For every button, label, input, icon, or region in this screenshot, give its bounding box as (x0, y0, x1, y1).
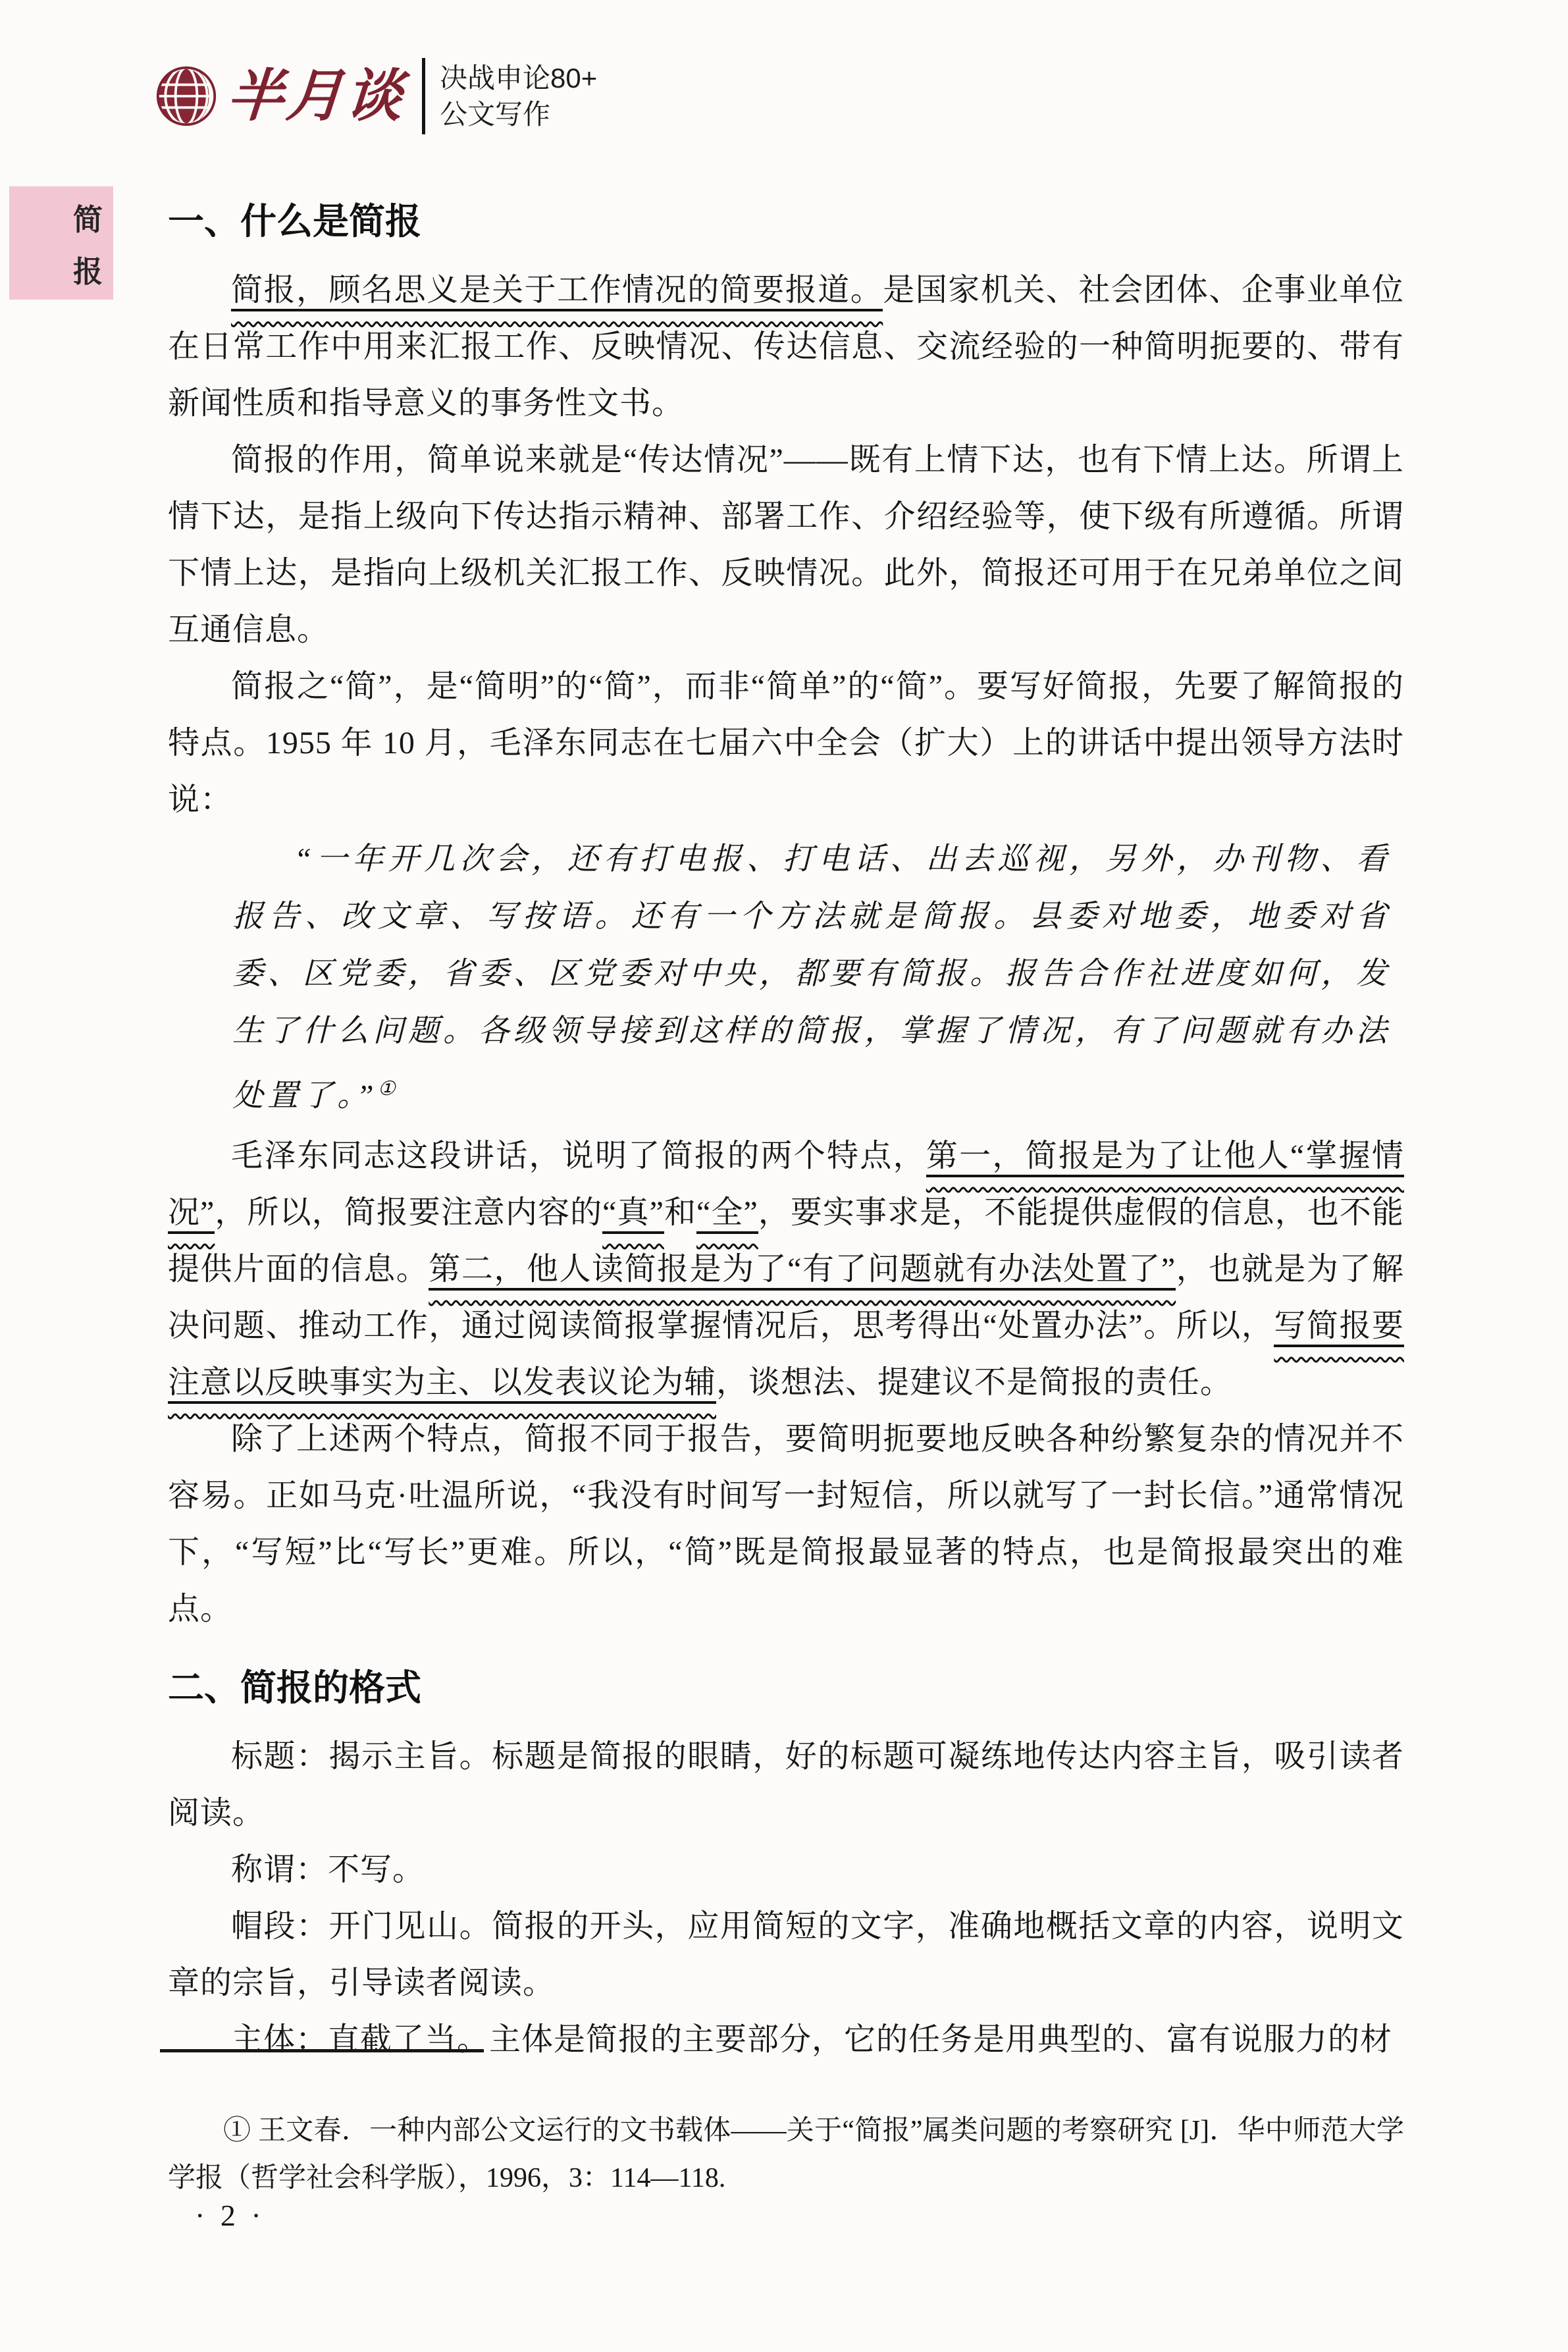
chapter-tab-char-1: 简 (73, 196, 103, 238)
text-run: 帽段：开门见山。简报的开头，应用简短的文字，准确地概括文章的内容，说明文章的宗旨… (168, 1909, 1404, 2000)
emphasized-text: 第二，他人读简报是为了“有了问题就有办法处置了” (429, 1252, 1176, 1291)
text-run: 称谓：不写。 (231, 1852, 425, 1887)
emphasized-text: 简报，顾名思义是关于工作情况的简要报道。 (231, 273, 883, 311)
text-run: 毛泽东同志这段讲话，说明了简报的两个特点， (231, 1138, 926, 1173)
series-title: 决战申论80+ 公文写作 (440, 60, 597, 132)
emphasized-text: “全” (696, 1195, 758, 1234)
paragraph: 除了上述两个特点，简报不同于报告，要简明扼要地反映各种纷繁复杂的情况并不容易。正… (168, 1411, 1404, 1638)
globe-logo-icon (155, 65, 218, 128)
text-run: ，所以，简报要注意内容的 (215, 1195, 602, 1230)
paragraph: 标题：揭示主旨。标题是简报的眼睛，好的标题可凝练地传达内容主旨，吸引读者阅读。 (168, 1728, 1404, 1842)
paragraph: 称谓：不写。 (168, 1842, 1404, 1898)
footnote-text: ① 王文春．一种内部公文运行的文书载体——关于“简报”属类问题的考察研究 [J]… (168, 2107, 1404, 2202)
footnote-ref: ① (378, 1078, 396, 1100)
text-run: 标题：揭示主旨。标题是简报的眼睛，好的标题可凝练地传达内容主旨，吸引读者阅读。 (168, 1739, 1404, 1831)
section-heading: 二、简报的格式 (168, 1664, 1404, 1711)
paragraph: 毛泽东同志这段讲话，说明了简报的两个特点，第一，简报是为了让他人“掌握情况”，所… (168, 1128, 1404, 1411)
paragraph: 主体：直截了当。主体是简报的主要部分，它的任务是用典型的、富有说服力的材 (168, 2012, 1404, 2068)
header-divider (422, 58, 425, 134)
paragraph: 简报之“简”，是“简明”的“简”，而非“简单”的“简”。要写好简报，先要了解简报… (168, 658, 1404, 828)
chapter-tab-char-2: 报 (73, 248, 103, 290)
emphasized-text: “真” (602, 1195, 664, 1234)
chapter-tab: 简 报 (9, 186, 113, 300)
text-run: ，谈想法、提建议不是简报的责任。 (716, 1365, 1232, 1400)
paragraph: 帽段：开门见山。简报的开头，应用简短的文字，准确地概括文章的内容，说明文章的宗旨… (168, 1898, 1404, 2012)
series-line-1: 决战申论80+ (440, 60, 597, 96)
brand-wordmark: 半月谈 (225, 65, 407, 128)
quote-paragraph: “一年开几次会，还有打电报、打电话、出去巡视，另外，办刊物、看报告、改文章、写按… (232, 831, 1391, 1125)
page-content: 一、什么是简报简报，顾名思义是关于工作情况的简要报道。是国家机关、社会团体、企事… (168, 198, 1404, 2068)
paragraph: 简报的作用，简单说来就是“传达情况”——既有上情下达，也有下情上达。所谓上情下达… (168, 432, 1404, 658)
header-brand-row: 半月谈 决战申论80+ 公文写作 (155, 58, 597, 134)
document-page: 半月谈 决战申论80+ 公文写作 简 报 一、什么是简报简报，顾名思义是关于工作… (0, 0, 1568, 2352)
text-run: 简报之“简”，是“简明”的“简”，而非“简单”的“简”。要写好简报，先要了解简报… (168, 669, 1404, 817)
text-run: 和 (664, 1195, 696, 1230)
text-run: 除了上述两个特点，简报不同于报告，要简明扼要地反映各种纷繁复杂的情况并不容易。正… (168, 1422, 1404, 1626)
footnote-separator (160, 2049, 484, 2052)
series-line-2: 公文写作 (440, 96, 597, 132)
section-heading: 一、什么是简报 (168, 198, 1404, 245)
paragraph: 简报，顾名思义是关于工作情况的简要报道。是国家机关、社会团体、企事业单位在日常工… (168, 262, 1404, 432)
text-run: 简报的作用，简单说来就是“传达情况”——既有上情下达，也有下情上达。所谓上情下达… (168, 442, 1404, 647)
text-run: “一年开几次会，还有打电报、打电话、出去巡视，另外，办刊物、看报告、改文章、写按… (232, 842, 1391, 1113)
page-number: · 2 · (195, 2198, 265, 2233)
